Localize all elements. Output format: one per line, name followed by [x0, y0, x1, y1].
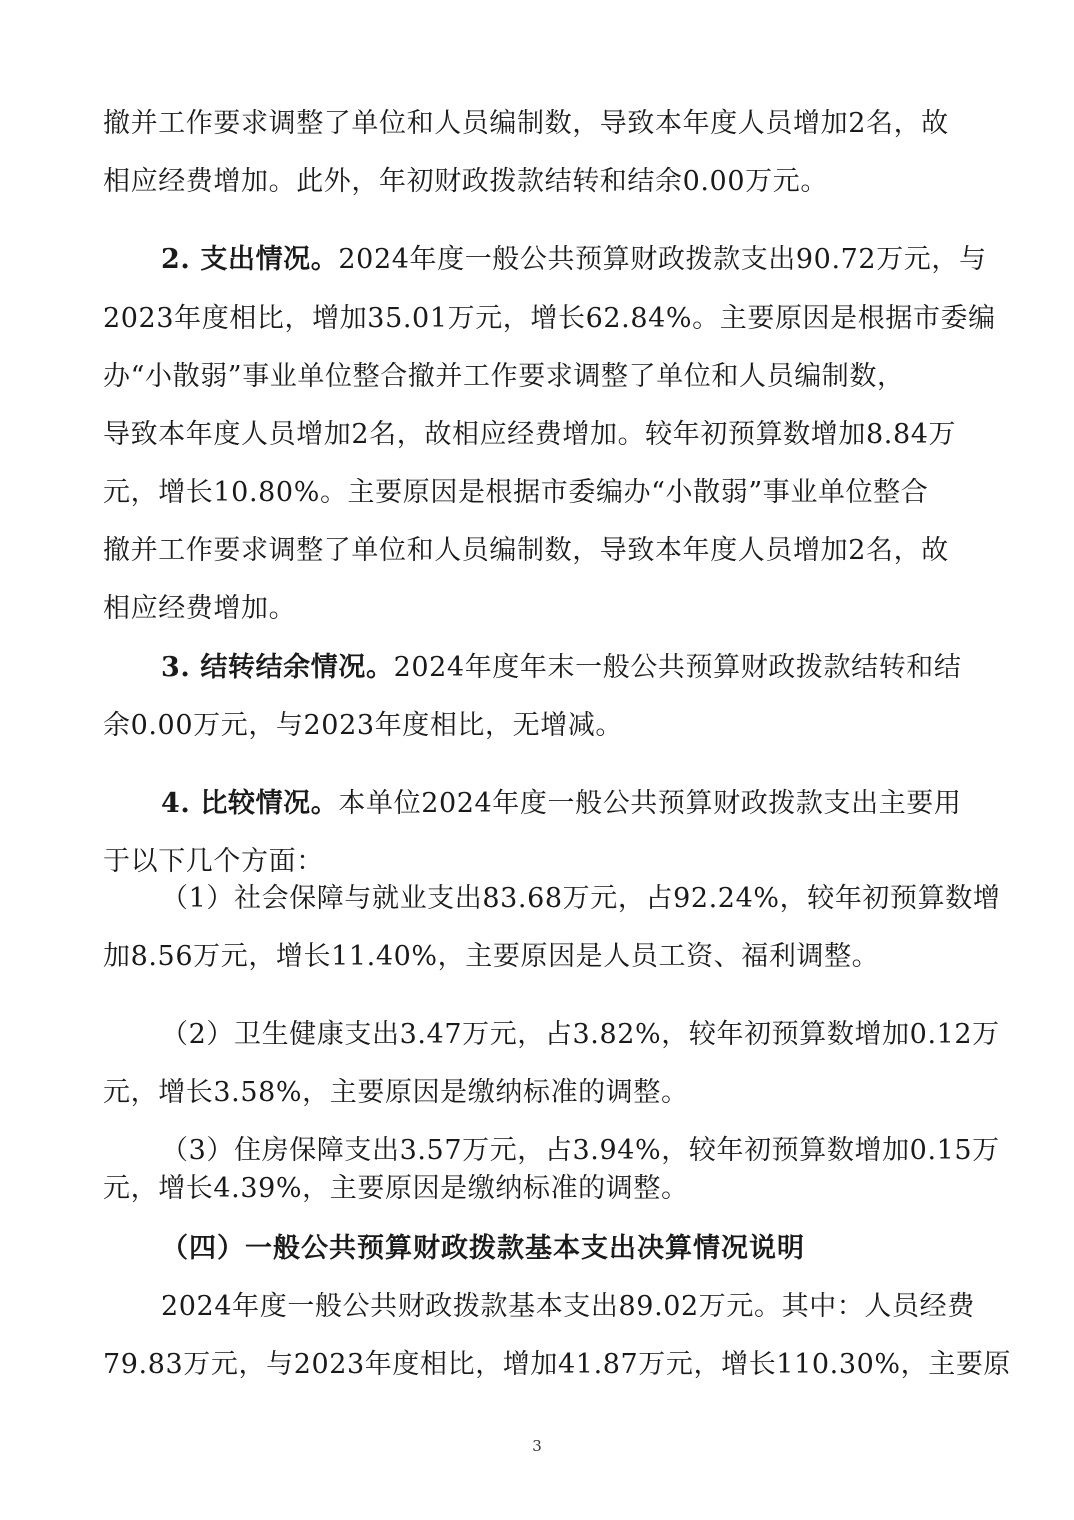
section-lead: 2. 支出情况。	[161, 244, 338, 275]
paragraph-line: 79.83万元，与2023年度相比，增加41.87万元，增长110.30%，主要…	[103, 1345, 1011, 1385]
paragraph-line: 元，增长4.39%，主要原因是缴纳标准的调整。	[103, 1169, 689, 1209]
section-lead: 3. 结转结余情况。	[161, 652, 394, 683]
paragraph-line: 于以下几个方面：	[103, 842, 324, 882]
paragraph-line: 办“小散弱”事业单位整合撤并工作要求调整了单位和人员编制数，	[103, 357, 905, 397]
paragraph-text: 2024年度一般公共预算财政拨款支出90.72万元，与	[338, 244, 986, 275]
section-4-comparison: 4. 比较情况。本单位2024年度一般公共预算财政拨款支出主要用	[161, 784, 962, 824]
item-1-social-security: （1）社会保障与就业支出83.68万元，占92.24%，较年初预算数增	[161, 879, 1000, 919]
item-3-housing: （3）住房保障支出3.57万元，占3.94%，较年初预算数增加0.15万	[161, 1131, 1000, 1171]
section-2-expenditure: 2. 支出情况。2024年度一般公共预算财政拨款支出90.72万元，与	[161, 240, 987, 280]
section-heading-four: （四）一般公共预算财政拨款基本支出决算情况说明	[161, 1229, 805, 1269]
section-3-carryover: 3. 结转结余情况。2024年度年末一般公共预算财政拨款结转和结	[161, 648, 962, 688]
paragraph-line: 元，增长3.58%，主要原因是缴纳标准的调整。	[103, 1073, 689, 1113]
paragraph-line: 加8.56万元，增长11.40%，主要原因是人员工资、福利调整。	[103, 937, 879, 977]
paragraph-line: 撤并工作要求调整了单位和人员编制数，导致本年度人员增加2名，故	[103, 104, 949, 144]
paragraph-line: 余0.00万元，与2023年度相比，无增减。	[103, 706, 623, 746]
paragraph-line: 2024年度一般公共财政拨款基本支出89.02万元。其中：人员经费	[161, 1287, 975, 1327]
paragraph-text: 2024年度年末一般公共预算财政拨款结转和结	[394, 652, 962, 683]
section-lead: 4. 比较情况。	[161, 788, 338, 819]
paragraph-line: 相应经费增加。此外，年初财政拨款结转和结余0.00万元。	[103, 162, 828, 202]
page-number: 3	[0, 1437, 1074, 1455]
paragraph-line: 相应经费增加。	[103, 589, 296, 629]
paragraph-line: 导致本年度人员增加2名，故相应经费增加。较年初预算数增加8.84万	[103, 415, 956, 455]
paragraph-line: 元，增长10.80%。主要原因是根据市委编办“小散弱”事业单位整合	[103, 473, 928, 513]
item-2-health: （2）卫生健康支出3.47万元，占3.82%，较年初预算数增加0.12万	[161, 1015, 1000, 1055]
paragraph-text: 本单位2024年度一般公共预算财政拨款支出主要用	[338, 788, 961, 819]
paragraph-line: 撤并工作要求调整了单位和人员编制数，导致本年度人员增加2名，故	[103, 531, 949, 571]
paragraph-line: 2023年度相比，增加35.01万元，增长62.84%。主要原因是根据市委编	[103, 299, 996, 339]
